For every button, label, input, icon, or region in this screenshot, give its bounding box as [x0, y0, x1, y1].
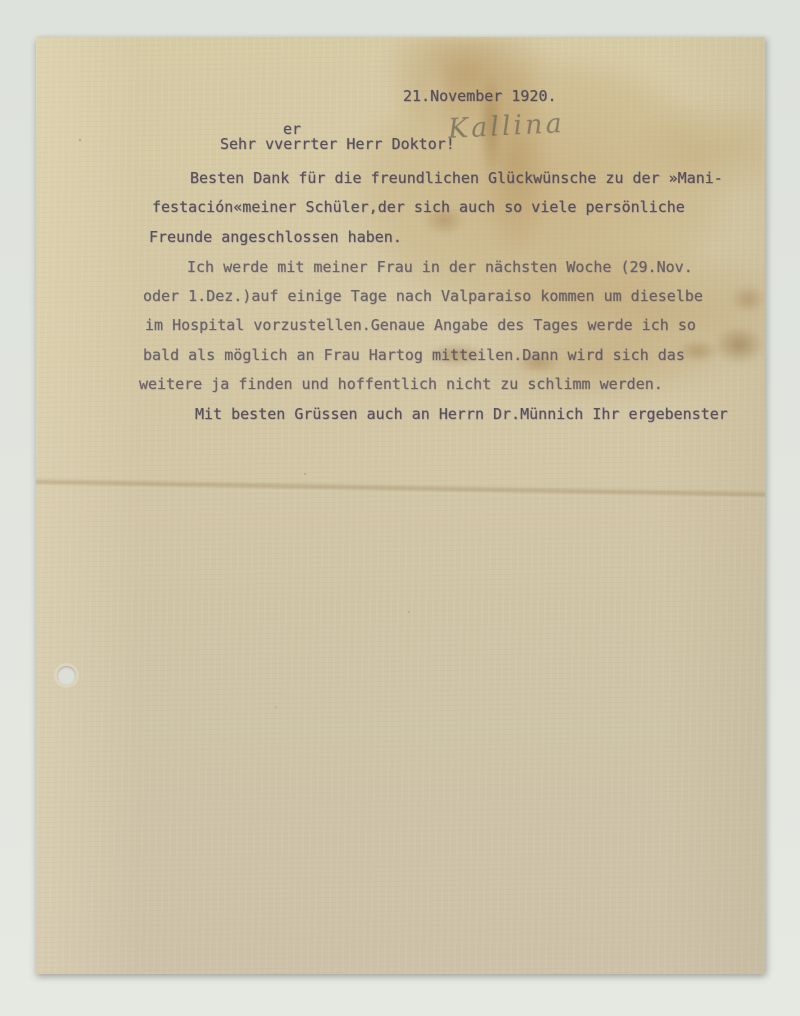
- letter-line: bald als möglich an Frau Hartog mitteile…: [143, 348, 685, 363]
- letter-line: Mit besten Grüssen auch an Herrn Dr.Münn…: [195, 407, 728, 422]
- letter-line: Freunde angeschlossen haben.: [149, 230, 402, 245]
- fold-crease: [36, 477, 765, 501]
- letter-date: 21.November 1920.: [403, 89, 557, 104]
- letter-page: 21.November 1920. er Sehr vverrter Herr …: [36, 37, 765, 974]
- letter-line: Ich werde mit meiner Frau in der nächste…: [187, 260, 693, 275]
- handwritten-annotation: Kallina: [447, 108, 565, 145]
- punch-hole: [57, 666, 76, 685]
- scanner-background: 21.November 1920. er Sehr vverrter Herr …: [0, 0, 800, 1016]
- letter-line: im Hospital vorzustellen.Genaue Angabe d…: [145, 318, 696, 333]
- letter-line: festación«meiner Schüler,der sich auch s…: [152, 200, 685, 215]
- letter-salutation: Sehr vverrter Herr Doktor!: [220, 137, 455, 152]
- letter-line: Besten Dank für die freundlichen Glückwü…: [190, 171, 723, 186]
- letter-line: weitere ja finden und hoffentlich nicht …: [139, 377, 663, 392]
- letter-line: oder 1.Dez.)auf einige Tage nach Valpara…: [143, 289, 703, 304]
